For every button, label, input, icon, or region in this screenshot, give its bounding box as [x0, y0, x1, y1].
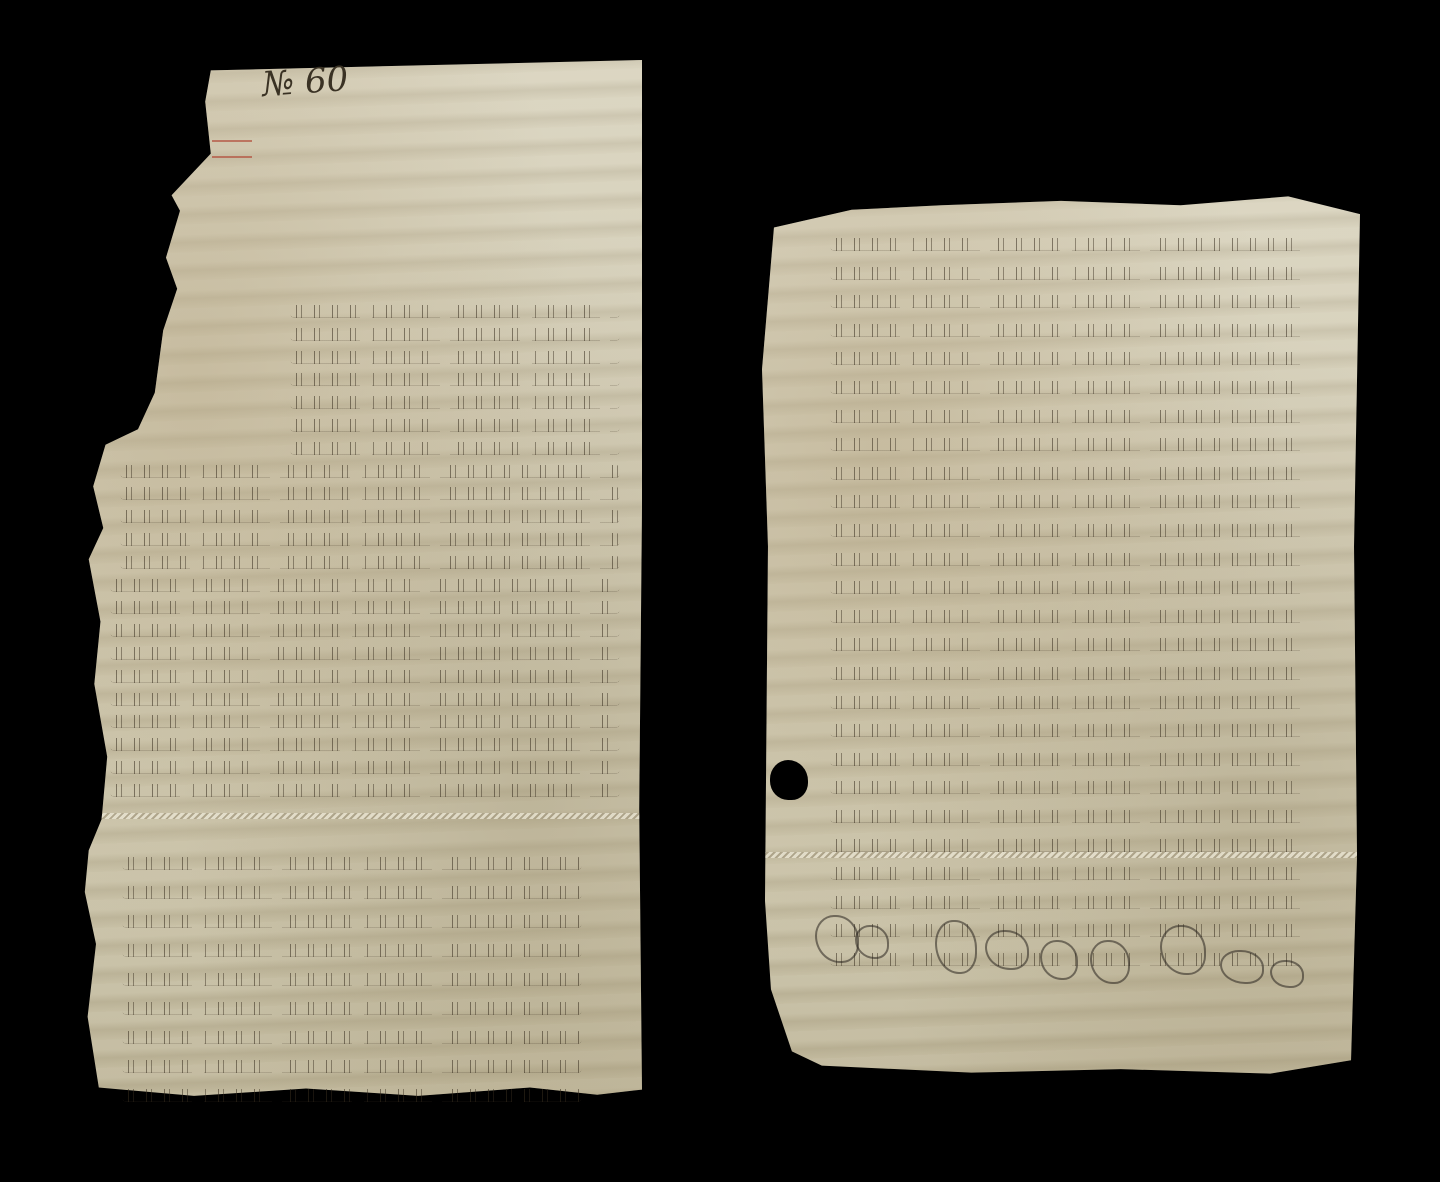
stitched-seam: [762, 852, 1360, 858]
script-line: [122, 857, 582, 870]
script-line: [110, 624, 620, 637]
script-line: [120, 487, 620, 500]
script-line: [110, 647, 620, 660]
script-line: [122, 886, 582, 899]
script-line: [290, 442, 620, 455]
script-line: [830, 924, 1310, 937]
script-line: [830, 839, 1310, 852]
script-line: [830, 696, 1310, 709]
script-line: [830, 410, 1310, 423]
script-line: [830, 295, 1310, 308]
script-line: [122, 1002, 582, 1015]
punched-hole: [770, 760, 808, 800]
script-line: [830, 467, 1310, 480]
script-line: [110, 693, 620, 706]
script-line: [110, 601, 620, 614]
script-line: [830, 610, 1310, 623]
red-ink-heading: [212, 140, 252, 158]
script-line: [830, 896, 1310, 909]
script-line: [830, 867, 1310, 880]
script-line: [830, 724, 1310, 737]
script-line: [830, 495, 1310, 508]
script-line: [830, 638, 1310, 651]
script-line: [830, 667, 1310, 680]
script-line: [120, 465, 620, 478]
script-line: [290, 305, 620, 318]
script-line: [122, 944, 582, 957]
script-line: [290, 351, 620, 364]
script-line: [120, 510, 620, 523]
script-line: [110, 761, 620, 774]
stitched-seam: [82, 813, 642, 819]
script-line: [830, 238, 1310, 251]
script-line: [122, 973, 582, 986]
script-line: [290, 373, 620, 386]
script-line: [120, 533, 620, 546]
script-line: [830, 324, 1310, 337]
script-line: [830, 352, 1310, 365]
script-line: [120, 556, 620, 569]
script-line: [110, 579, 620, 592]
script-line: [830, 553, 1310, 566]
script-line: [830, 267, 1310, 280]
script-line: [122, 915, 582, 928]
script-line: [830, 524, 1310, 537]
script-line: [830, 753, 1310, 766]
script-line: [110, 715, 620, 728]
script-line: [122, 1089, 582, 1102]
script-line: [122, 1060, 582, 1073]
script-line: [830, 810, 1310, 823]
script-line: [830, 438, 1310, 451]
script-line: [290, 419, 620, 432]
script-line: [122, 1031, 582, 1044]
script-line: [830, 381, 1310, 394]
script-line: [830, 781, 1310, 794]
script-line: [290, 396, 620, 409]
script-line: [110, 784, 620, 797]
script-line: [110, 670, 620, 683]
script-line: [830, 581, 1310, 594]
script-line: [290, 328, 620, 341]
script-line: [110, 738, 620, 751]
shelf-number: № 60: [261, 59, 350, 105]
